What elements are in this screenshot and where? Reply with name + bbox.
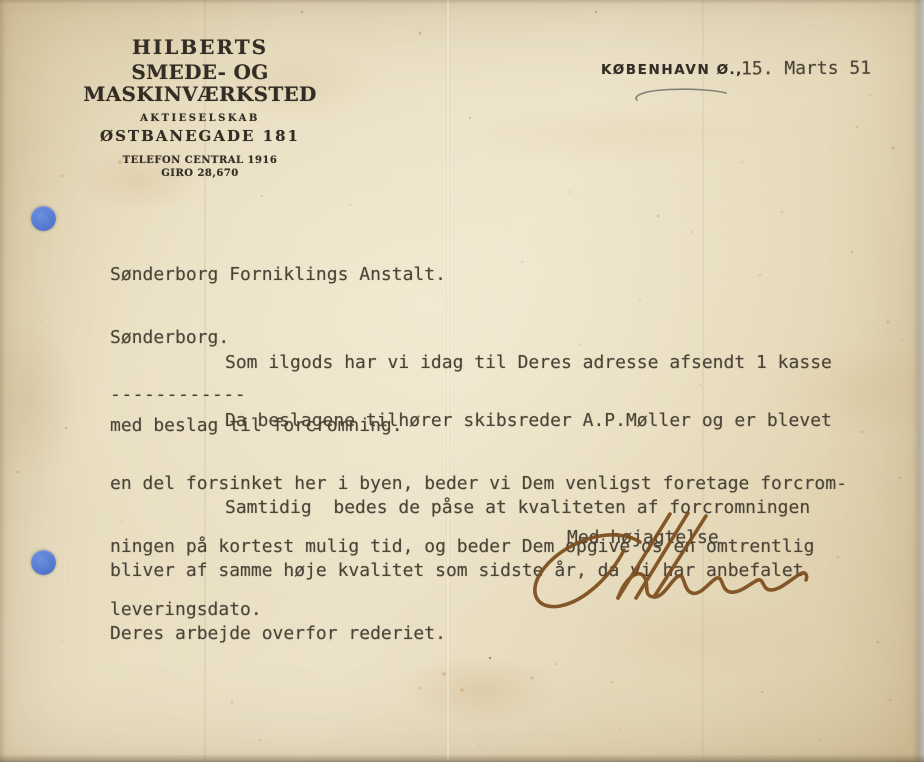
signature-handwritten	[512, 512, 810, 616]
pencil-checkmark	[628, 83, 733, 107]
city-label: KØBENHAVN Ø.,	[601, 62, 743, 78]
company-telephone: TELEFON CENTRAL 1916	[22, 155, 378, 166]
paper-edge-top	[0, 0, 924, 4]
body-line: Da beslagene tilhører skibsreder A.P.Møl…	[225, 410, 847, 431]
company-address: ØSTBANEGADE 181	[22, 128, 378, 144]
date-value: 15. Marts 51	[741, 58, 871, 80]
hole-punch-top	[31, 206, 56, 231]
company-legal-form: AKTIESELSKAB	[22, 113, 378, 124]
paper-edge-bottom	[0, 754, 924, 762]
recipient-name: Sønderborg Forniklings Anstalt.	[110, 264, 446, 285]
company-name: HILBERTS	[22, 36, 378, 58]
company-giro: GIRO 28,670	[22, 168, 378, 179]
letter-document: HILBERTS SMEDE- OG MASKINVÆRKSTED AKTIES…	[0, 0, 924, 762]
body-line: Deres arbejde overfor rederiet.	[110, 623, 810, 644]
paper-edge-left	[0, 0, 6, 762]
letterhead: HILBERTS SMEDE- OG MASKINVÆRKSTED AKTIES…	[22, 36, 378, 179]
company-subtitle: SMEDE- OG MASKINVÆRKSTED	[22, 61, 378, 105]
paper-edge-right	[912, 0, 924, 762]
hole-punch-bottom	[31, 550, 56, 575]
